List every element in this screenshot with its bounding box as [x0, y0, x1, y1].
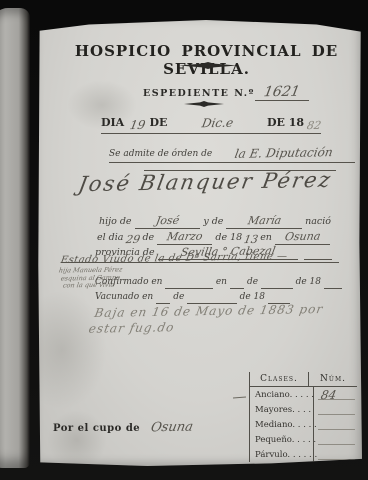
confirmado-de-label: de: [247, 277, 258, 289]
estado-line: Estado Viudo de la de Dª Sarria, tiene —: [61, 253, 339, 263]
classes-table-header: Clases. Núm.: [250, 372, 357, 387]
cupo-label: Por el cupo de: [53, 423, 140, 434]
admission-year: 82: [306, 119, 322, 132]
swelled-rule-ornament-small: [184, 101, 224, 107]
expediente-label: ESPEDIENTE N.º: [143, 88, 255, 101]
anciano-number: 84: [320, 388, 338, 402]
paper-smudge: [17, 290, 107, 410]
confirmado-de18-label: de 18: [296, 277, 321, 289]
row-label: Pequeño. . . . .: [250, 432, 313, 447]
estado-note: Estado Viudo de la de Dª Sarria, tiene —: [60, 251, 289, 266]
row-value-cell: [313, 432, 357, 447]
table-row-mediano: Mediano. . . . .: [250, 417, 357, 432]
vacunado-label: Vacunado en: [95, 292, 153, 304]
de18-label: DE 18: [267, 116, 304, 131]
table-row-mayores: Mayores. . . .: [250, 402, 357, 417]
cupo-town: Osuna: [150, 420, 195, 436]
row-label: Párvulo. . . . . .: [250, 447, 313, 462]
vacunado-de-label: de: [173, 292, 184, 304]
de-label: DE: [150, 116, 168, 131]
confirmado-en-label: en: [216, 277, 227, 289]
admission-day: 19: [129, 118, 147, 132]
row-label: Mediano. . . . .: [250, 417, 313, 432]
row-value-cell: [313, 417, 357, 432]
document-page: HOSPICIO PROVINCIAL DE SEVILLA. ESPEDIEN…: [37, 20, 362, 466]
dia-label: DIA: [101, 116, 124, 131]
row-label: Mayores. . . .: [250, 402, 313, 417]
photo-background: HOSPICIO PROVINCIAL DE SEVILLA. ESPEDIEN…: [0, 0, 368, 480]
baja-note-line-2: estar fug.do: [89, 321, 174, 335]
baja-note-line-1: Baja en 16 de Mayo de 1883 por: [95, 304, 323, 318]
row-label: Anciano. . . . .: [250, 387, 313, 402]
row-value-cell: [313, 447, 357, 462]
admission-date-line: DIA 19 DE Dic.e DE 18 82: [101, 112, 321, 134]
row-value-cell: 84: [313, 387, 357, 402]
table-row-pequeno: Pequeño. . . . .: [250, 432, 357, 447]
clases-header: Clases.: [250, 372, 308, 386]
cupo-line: Por el cupo de Osuna: [53, 416, 193, 435]
confirmado-label: Confirmado en: [95, 277, 162, 289]
table-row-anciano: Anciano. . . . . 84: [250, 387, 357, 402]
expediente-number-field: 1621: [255, 81, 309, 101]
swelled-rule-ornament: [179, 62, 237, 69]
row-value-cell: [313, 402, 357, 417]
expediente-line: ESPEDIENTE N.º 1621: [143, 81, 309, 101]
expediente-number: 1621: [263, 84, 302, 101]
inmate-name: José Blanquer Pérez: [76, 168, 333, 196]
classes-table: Clases. Núm. Anciano. . . . . 84 Mayores…: [249, 372, 357, 462]
table-row-parvulo: Párvulo. . . . . .: [250, 447, 357, 462]
confirmado-line: Confirmado en en de de 18: [95, 277, 345, 289]
admit-authority: la E. Diputación: [233, 145, 333, 161]
num-header: Núm.: [308, 372, 357, 386]
book-page-edge: [0, 8, 30, 468]
document-title: HOSPICIO PROVINCIAL DE SEVILLA.: [37, 42, 362, 78]
admission-month: Dic.e: [200, 116, 234, 131]
inmate-name-line: José Blanquer Pérez: [57, 170, 353, 194]
margin-tick-mark: [233, 397, 246, 399]
